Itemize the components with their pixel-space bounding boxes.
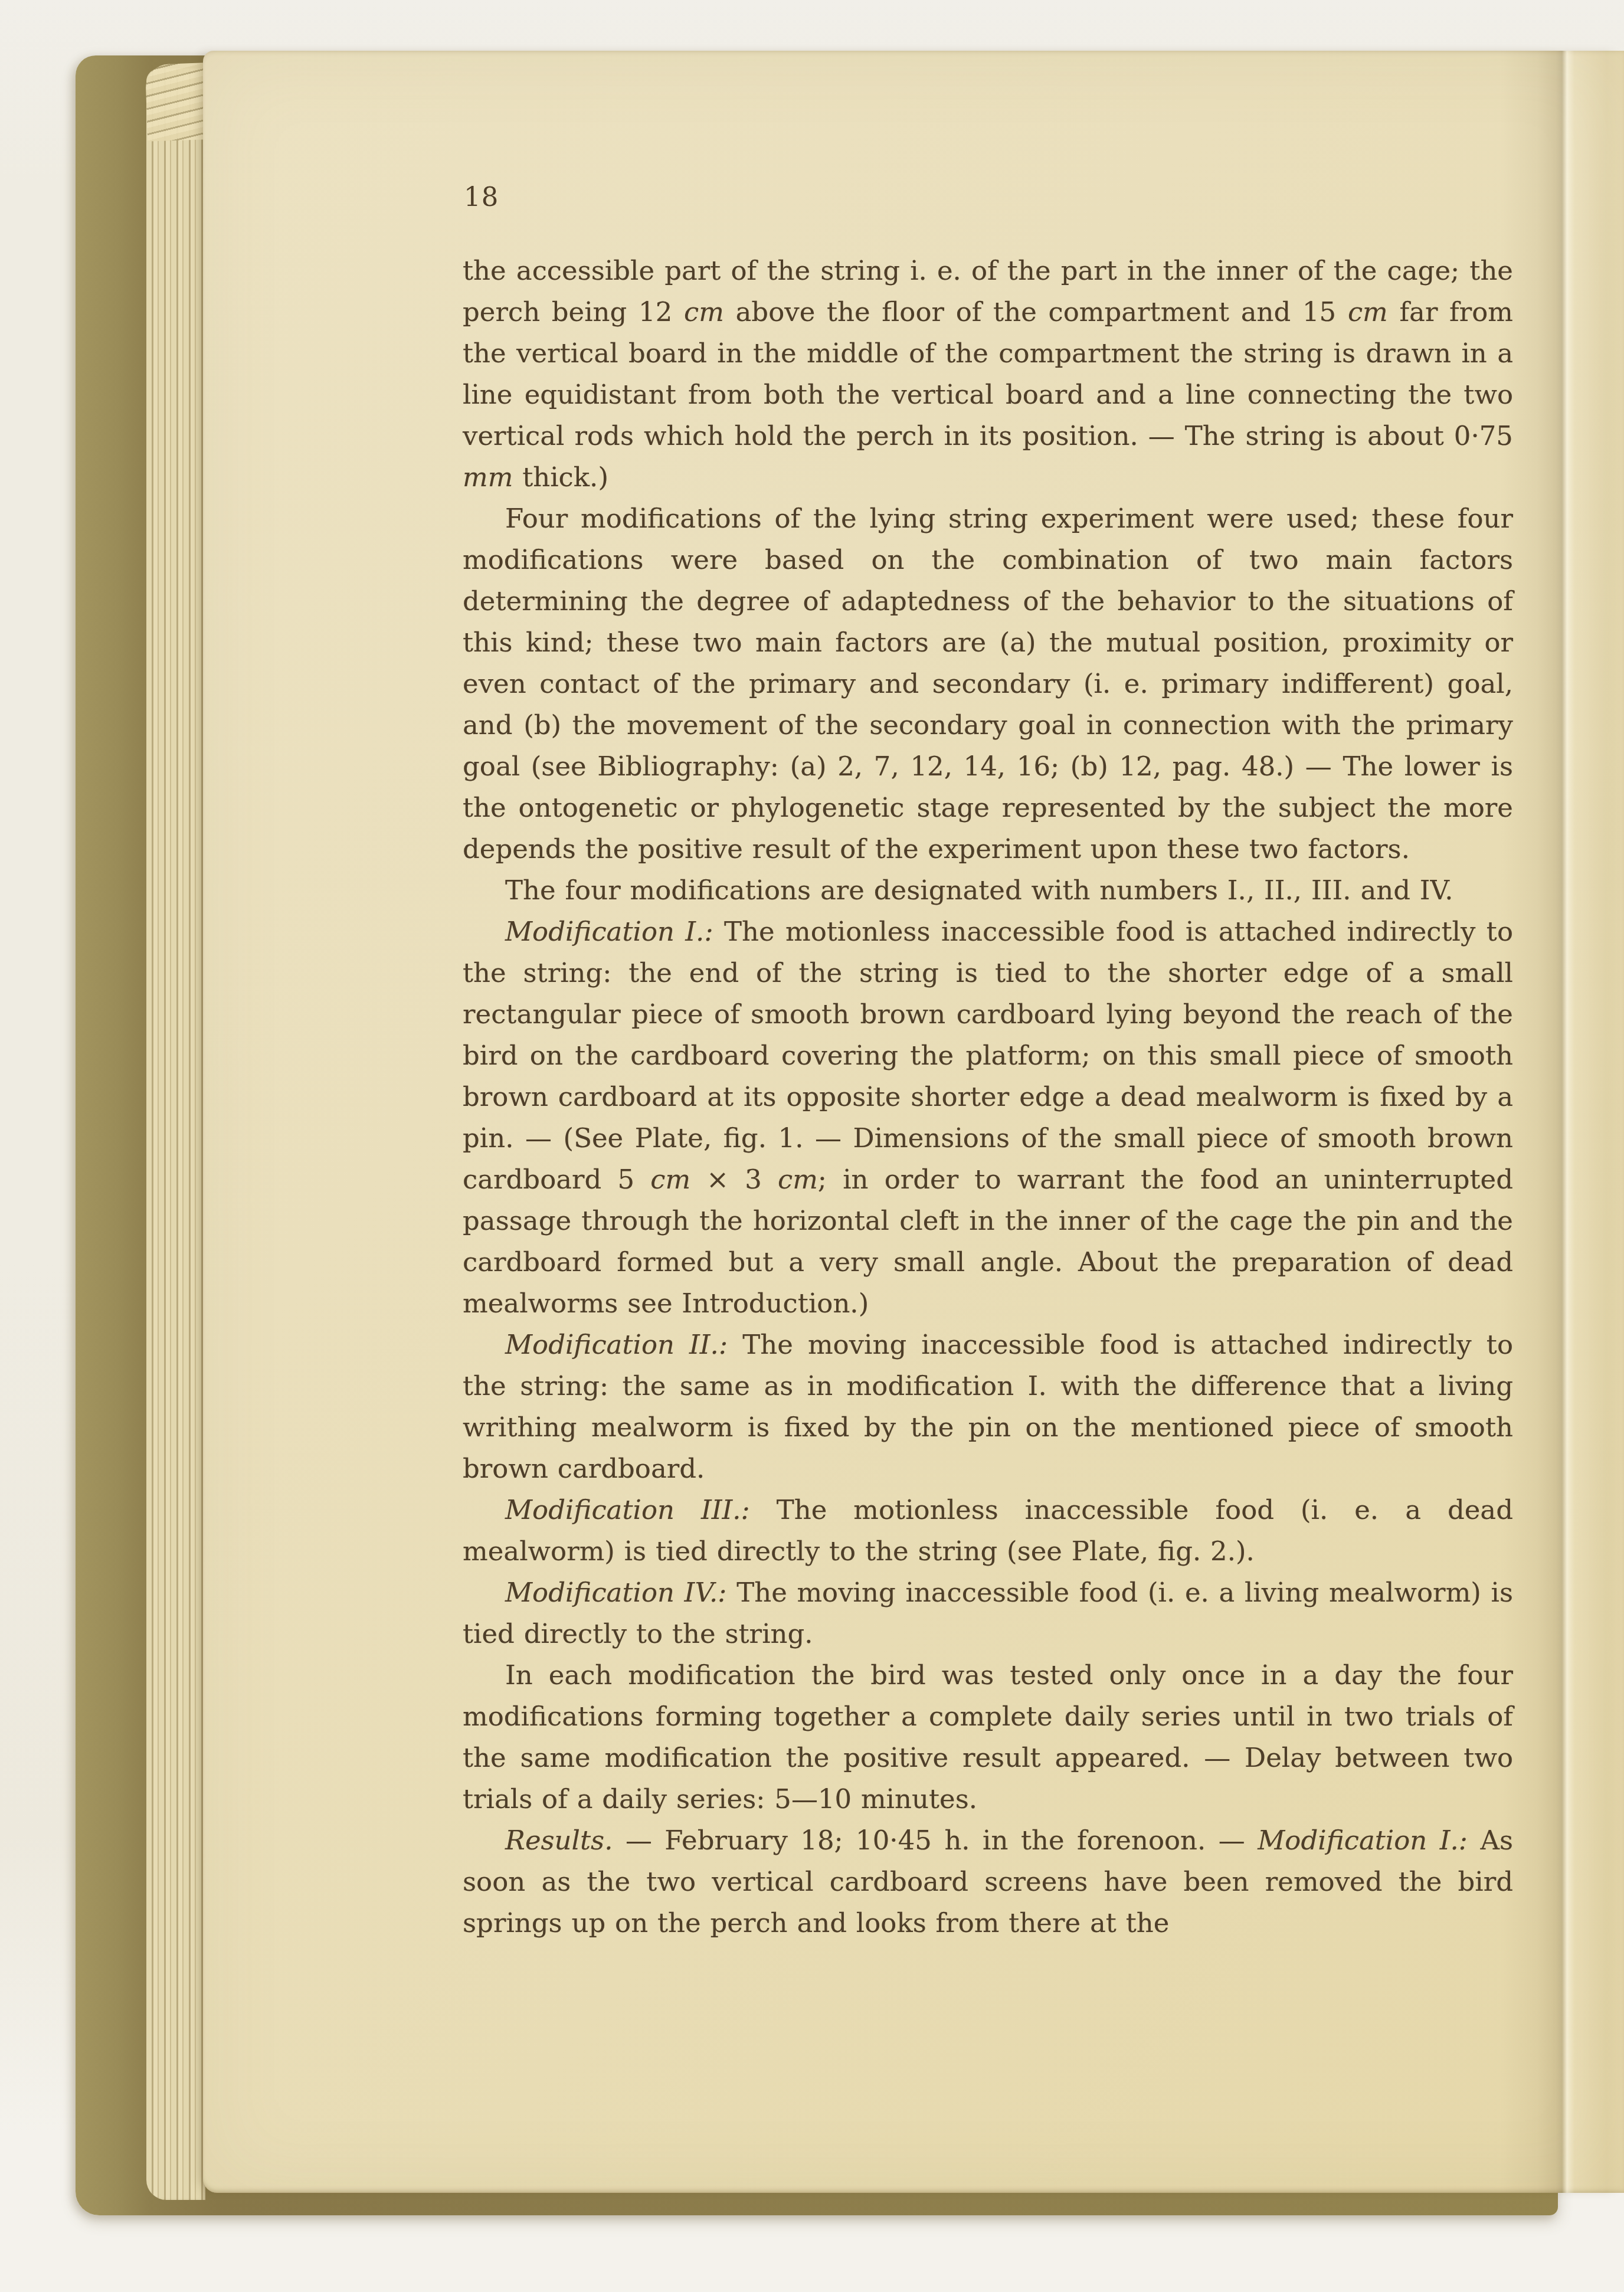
paragraph: Four modifications of the lying string e… [463, 498, 1513, 870]
page-edge-stack [146, 68, 205, 2200]
paragraph: In each modification the bird was tested… [463, 1655, 1513, 1820]
italic-text-run: Results. [505, 1825, 613, 1856]
paragraph: Modification I.: The motionless inaccess… [463, 911, 1513, 1324]
italic-text-run: Modification III.: [505, 1494, 750, 1525]
text-block: 18 the accessible part of the string i. … [463, 182, 1513, 1944]
paragraph: Results. — February 18; 10·45 h. in the … [463, 1820, 1513, 1944]
text-run: The motionless inaccessible food is atta… [463, 916, 1513, 1195]
page-number: 18 [464, 182, 1513, 212]
text-run: The four modifications are designated wi… [505, 875, 1453, 906]
italic-text-run: cm [684, 296, 724, 328]
scan-background: { "colors": { "bg": "#efece2", "bg_botto… [0, 0, 1624, 2292]
italic-text-run: Modification II.: [505, 1329, 728, 1360]
text-run: above the floor of the compartment and 1… [724, 296, 1348, 328]
page-right-fold [1500, 51, 1624, 2193]
paragraph: Modification IV.: The moving inaccessibl… [463, 1572, 1513, 1655]
paragraph: Modification III.: The motionless inacce… [463, 1489, 1513, 1572]
body-text: the accessible part of the string i. e. … [463, 250, 1513, 1944]
text-run: Four modifications of the lying string e… [463, 503, 1513, 865]
italic-text-run: Modification I.: [505, 916, 713, 947]
italic-text-run: cm [1348, 296, 1388, 328]
italic-text-run: Modification I.: [1258, 1825, 1468, 1856]
italic-text-run: Modification IV.: [505, 1577, 726, 1608]
italic-text-run: cm [650, 1164, 690, 1195]
text-run: — February 18; 10·45 h. in the forenoon.… [613, 1825, 1258, 1856]
italic-text-run: cm [778, 1164, 818, 1195]
paragraph: Modification II.: The moving inaccessibl… [463, 1324, 1513, 1489]
paragraph: The four modifications are designated wi… [463, 870, 1513, 911]
text-run: In each modification the bird was tested… [463, 1659, 1513, 1815]
paragraph: the accessible part of the string i. e. … [463, 250, 1513, 498]
text-run: × 3 [690, 1164, 778, 1195]
text-run: thick.) [513, 461, 608, 493]
page-corner-fan [145, 63, 207, 141]
book-page: 18 the accessible part of the string i. … [203, 51, 1624, 2193]
italic-text-run: mm [463, 461, 513, 493]
